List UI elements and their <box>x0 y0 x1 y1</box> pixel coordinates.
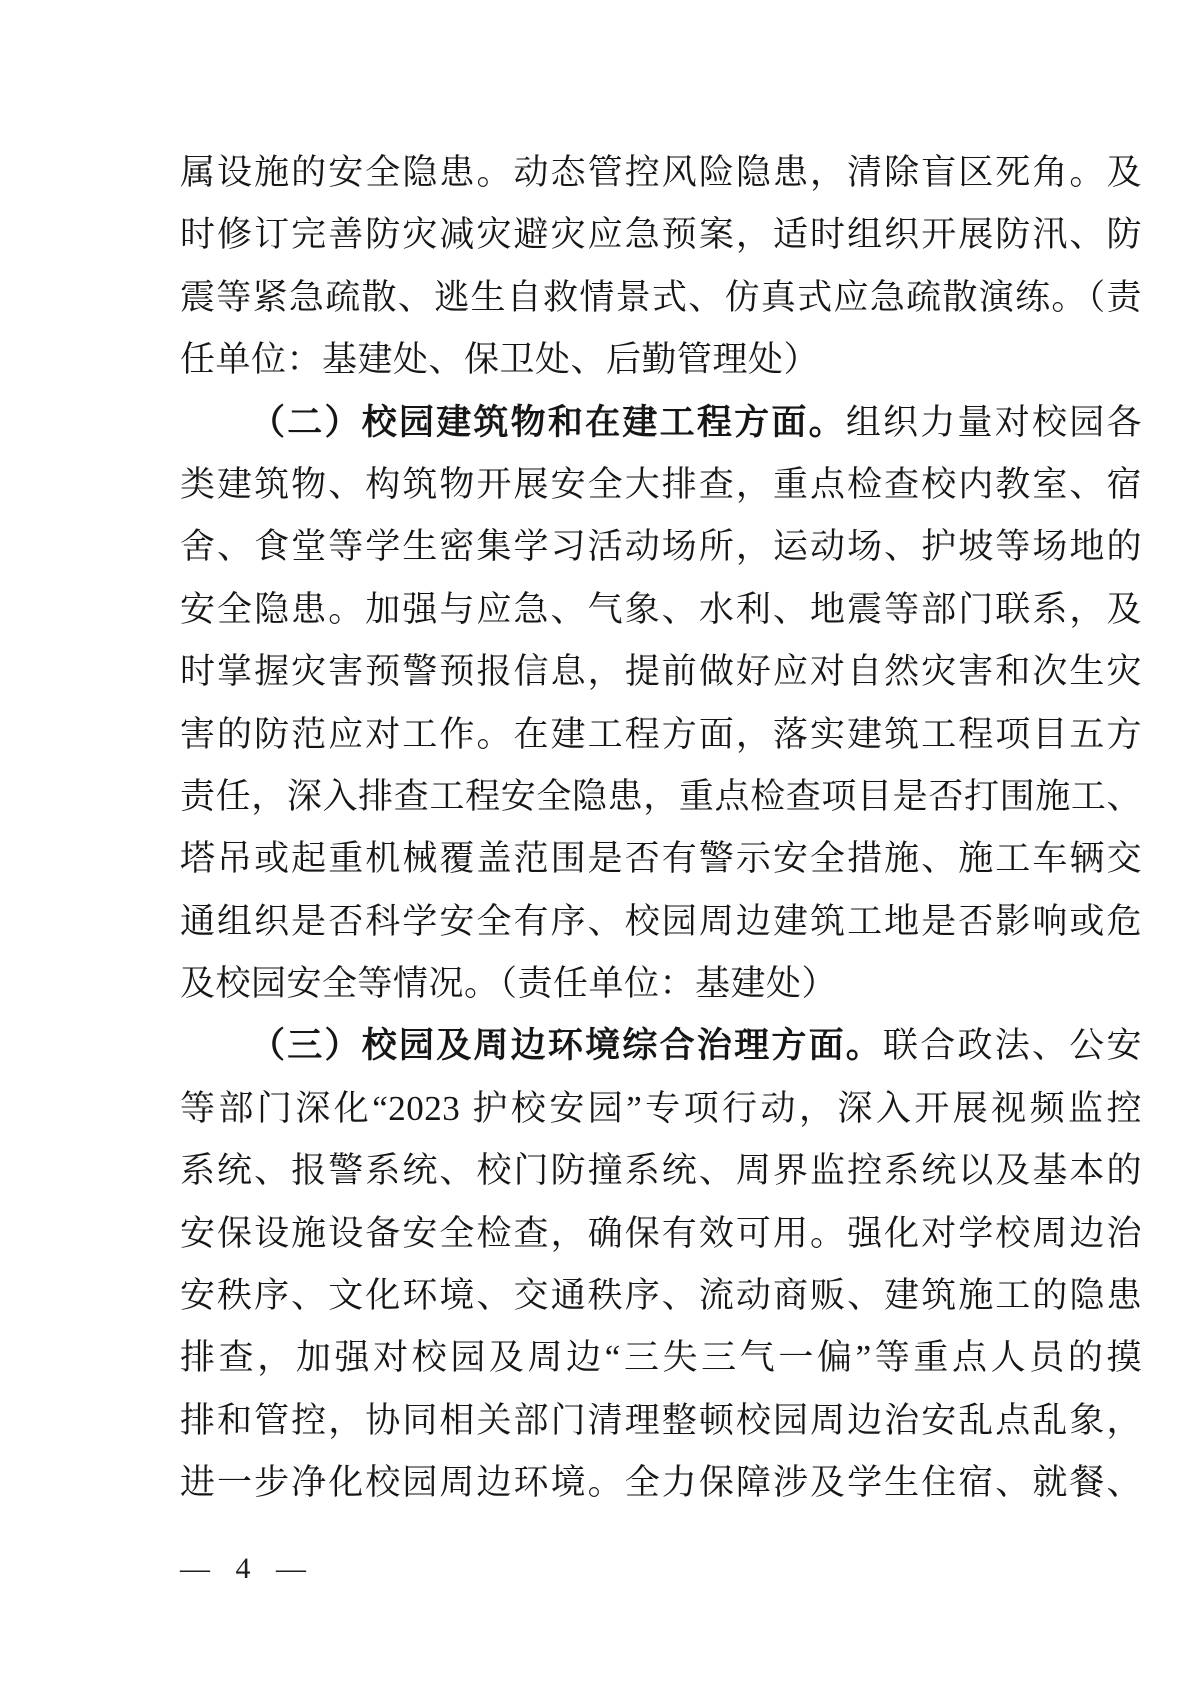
document-page: 属设施的安全隐患。动态管控风险隐患，清除盲区死角。及时修订完善防灾减灾避灾应急预… <box>0 0 1191 1684</box>
document-line: 安全隐患。加强与应急、气象、水利、地震等部门联系，及 <box>180 579 1142 641</box>
document-line: 属设施的安全隐患。动态管控风险隐患，清除盲区死角。及 <box>180 142 1142 204</box>
text-segment: 排查，加强对校园及周边“三失三气一偏”等重点人员的摸 <box>180 1338 1142 1377</box>
document-line: 害的防范应对工作。在建工程方面，落实建筑工程项目五方 <box>180 704 1142 766</box>
text-segment: 属设施的安全隐患。动态管控风险隐患，清除盲区死角。及 <box>180 153 1142 192</box>
document-line: 通组织是否科学安全有序、校园周边建筑工地是否影响或危 <box>180 891 1142 953</box>
text-segment: 舍、食堂等学生密集学习活动场所，运动场、护坡等场地的 <box>180 527 1142 566</box>
document-line: 塔吊或起重机械覆盖范围是否有警示安全措施、施工车辆交 <box>180 828 1142 890</box>
text-segment: 任单位：基建处、保卫处、后勤管理处） <box>180 340 819 379</box>
document-line: 安保设施设备安全检查，确保有效可用。强化对学校周边治 <box>180 1203 1142 1265</box>
document-line: 进一步净化校园周边环境。全力保障涉及学生住宿、就餐、 <box>180 1452 1142 1514</box>
text-segment: 排和管控，协同相关部门清理整顿校园周边治安乱点乱象， <box>180 1401 1142 1440</box>
text-segment: 时掌握灾害预警预报信息，提前做好应对自然灾害和次生灾 <box>180 652 1142 691</box>
heading-segment: （三）校园及周边环境综合治理方面。 <box>250 1026 883 1065</box>
document-line: 等部门深化“2023 护校安园”专项行动，深入开展视频监控 <box>180 1078 1142 1140</box>
text-segment: 安保设施设备安全检查，确保有效可用。强化对学校周边治 <box>180 1214 1142 1253</box>
text-segment: 组织力量对校园各 <box>846 403 1142 442</box>
document-line: （三）校园及周边环境综合治理方面。联合政法、公安 <box>180 1015 1142 1077</box>
document-line: 时掌握灾害预警预报信息，提前做好应对自然灾害和次生灾 <box>180 641 1142 703</box>
text-segment: 等部门深化“2023 护校安园”专项行动，深入开展视频监控 <box>180 1089 1142 1128</box>
text-segment: 安全隐患。加强与应急、气象、水利、地震等部门联系，及 <box>180 590 1142 629</box>
text-segment: 时修订完善防灾减灾避灾应急预案，适时组织开展防汛、防 <box>180 215 1142 254</box>
text-segment: 安秩序、文化环境、交通秩序、流动商贩、建筑施工的隐患 <box>180 1276 1142 1315</box>
document-line: 责任，深入排查工程安全隐患，重点检查项目是否打围施工、 <box>180 766 1142 828</box>
document-line: （二）校园建筑物和在建工程方面。组织力量对校园各 <box>180 392 1142 454</box>
text-segment: 类建筑物、构筑物开展安全大排查，重点检查校内教室、宿 <box>180 465 1142 504</box>
text-segment: 及校园安全等情况。（责任单位：基建处） <box>180 964 837 1003</box>
document-line: 舍、食堂等学生密集学习活动场所，运动场、护坡等场地的 <box>180 516 1142 578</box>
text-segment: 系统、报警系统、校门防撞系统、周界监控系统以及基本的 <box>180 1151 1142 1190</box>
document-line: 任单位：基建处、保卫处、后勤管理处） <box>180 329 1142 391</box>
heading-segment: （二）校园建筑物和在建工程方面。 <box>250 403 846 442</box>
document-line: 及校园安全等情况。（责任单位：基建处） <box>180 953 1142 1015</box>
text-segment: 通组织是否科学安全有序、校园周边建筑工地是否影响或危 <box>180 902 1142 941</box>
text-segment: 联合政法、公安 <box>883 1026 1142 1065</box>
document-line: 排和管控，协同相关部门清理整顿校园周边治安乱点乱象， <box>180 1390 1142 1452</box>
document-line: 时修订完善防灾减灾避灾应急预案，适时组织开展防汛、防 <box>180 204 1142 266</box>
document-line: 安秩序、文化环境、交通秩序、流动商贩、建筑施工的隐患 <box>180 1265 1142 1327</box>
document-line: 系统、报警系统、校门防撞系统、周界监控系统以及基本的 <box>180 1140 1142 1202</box>
text-segment: 进一步净化校园周边环境。全力保障涉及学生住宿、就餐、 <box>180 1463 1142 1502</box>
page-number: — 4 — <box>180 1552 308 1586</box>
document-line: 类建筑物、构筑物开展安全大排查，重点检查校内教室、宿 <box>180 454 1142 516</box>
text-segment: 震等紧急疏散、逃生自救情景式、仿真式应急疏散演练。（责 <box>180 278 1142 317</box>
document-line: 震等紧急疏散、逃生自救情景式、仿真式应急疏散演练。（责 <box>180 267 1142 329</box>
text-segment: 害的防范应对工作。在建工程方面，落实建筑工程项目五方 <box>180 715 1142 754</box>
text-segment: 责任，深入排查工程安全隐患，重点检查项目是否打围施工、 <box>180 777 1142 816</box>
document-body: 属设施的安全隐患。动态管控风险隐患，清除盲区死角。及时修订完善防灾减灾避灾应急预… <box>180 142 1142 1515</box>
text-segment: 塔吊或起重机械覆盖范围是否有警示安全措施、施工车辆交 <box>180 839 1142 878</box>
document-line: 排查，加强对校园及周边“三失三气一偏”等重点人员的摸 <box>180 1327 1142 1389</box>
